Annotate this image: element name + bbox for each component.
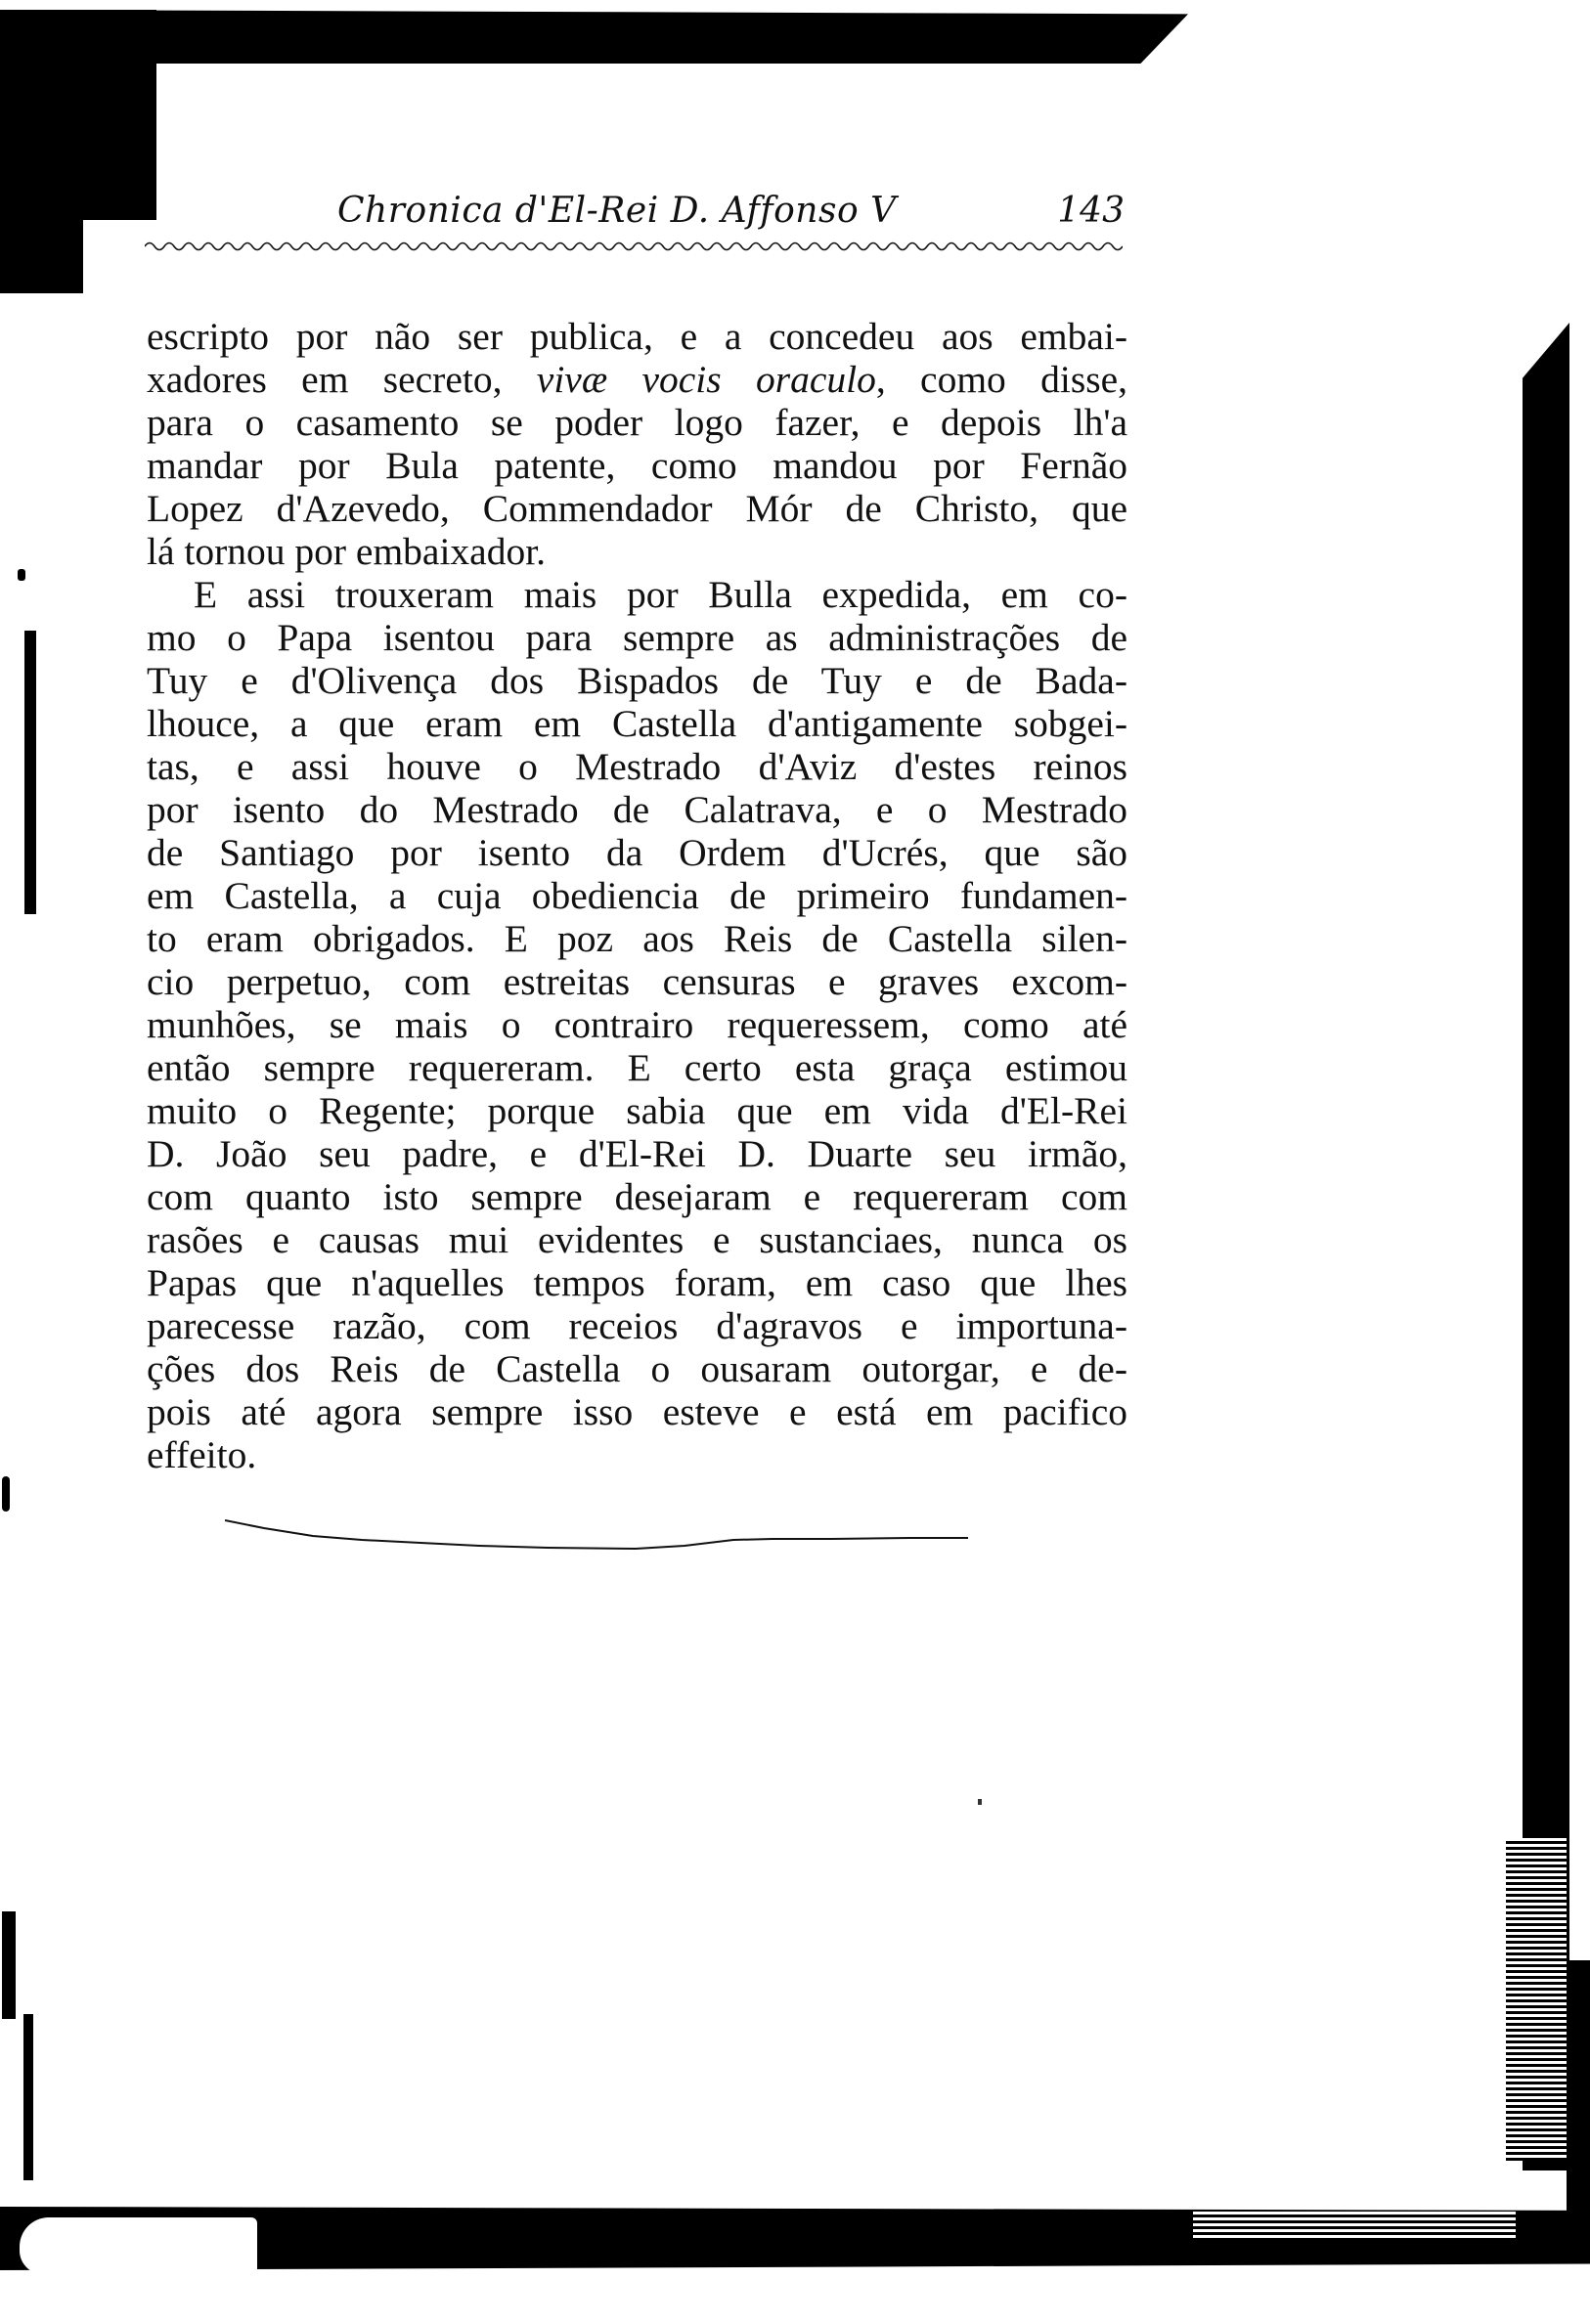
text-line: E assi trouxeram mais por Bulla expedida… bbox=[147, 573, 1127, 616]
text-span: em Castella, a cuja obediencia de primei… bbox=[147, 874, 1127, 917]
text-line: D. João seu padre, e d'El-Rei D. Duarte … bbox=[147, 1132, 1127, 1175]
text-line: ções dos Reis de Castella o ousaram outo… bbox=[147, 1347, 1127, 1390]
running-head: Chronica d'El-Rei D. Affonso V 143 bbox=[337, 191, 1125, 240]
text-span: muito o Regente; porque sabia que em vid… bbox=[147, 1089, 1127, 1132]
text-span: lhouce, a que eram em Castella d'antigam… bbox=[147, 702, 1127, 745]
text-line: de Santiago por isento da Ordem d'Ucrés,… bbox=[147, 831, 1127, 874]
text-line: para o casamento se poder logo fazer, e … bbox=[147, 401, 1127, 444]
text-span: rasões e causas mui evidentes e sustanci… bbox=[147, 1218, 1127, 1261]
text-span: xadores em secreto, bbox=[147, 358, 537, 401]
text-span: D. João seu padre, e d'El-Rei D. Duarte … bbox=[147, 1132, 1127, 1175]
text-line: munhões, se mais o contrairo requeressem… bbox=[147, 1003, 1127, 1046]
text-span: parecesse razão, com receios d'agravos e… bbox=[147, 1304, 1127, 1347]
scan-border-top-left bbox=[0, 10, 156, 220]
latin-phrase-italic: vivæ vocis oraculo bbox=[537, 358, 876, 401]
text-line: então sempre requereram. E certo esta gr… bbox=[147, 1046, 1127, 1089]
end-rule bbox=[225, 1511, 968, 1550]
scan-border-left-lower bbox=[2, 1911, 16, 2019]
text-line: lá tornou por embaixador. bbox=[147, 530, 1127, 573]
text-line: to eram obrigados. E poz aos Reis de Cas… bbox=[147, 917, 1127, 960]
text-span: tas, e assi houve o Mestrado d'Aviz d'es… bbox=[147, 745, 1127, 788]
wavy-rule-ornament bbox=[145, 238, 1123, 251]
text-line: mandar por Bula patente, como mandou por… bbox=[147, 444, 1127, 487]
scan-border-left bbox=[24, 631, 36, 914]
scan-border-top bbox=[0, 10, 1188, 64]
text-span: E assi trouxeram mais por Bulla expedida… bbox=[194, 573, 1127, 616]
scan-border-right-hatch bbox=[1506, 1838, 1567, 2161]
text-span: para o casamento se poder logo fazer, e … bbox=[147, 401, 1127, 444]
scan-border-bottom-hatch bbox=[1193, 2212, 1516, 2241]
scan-speck bbox=[978, 1799, 982, 1805]
text-line: tas, e assi houve o Mestrado d'Aviz d'es… bbox=[147, 745, 1127, 788]
text-span: então sempre requereram. E certo esta gr… bbox=[147, 1046, 1127, 1089]
text-span: to eram obrigados. E poz aos Reis de Cas… bbox=[147, 917, 1127, 960]
body-text: escripto por não ser publica, e a conced… bbox=[147, 315, 1127, 1476]
text-line: com quanto isto sempre desejaram e reque… bbox=[147, 1175, 1127, 1218]
text-span: escripto por não ser publica, e a conced… bbox=[147, 315, 1127, 358]
text-span: de Santiago por isento da Ordem d'Ucrés,… bbox=[147, 831, 1127, 874]
scan-border-left-bottom bbox=[23, 2014, 33, 2180]
text-span: cio perpetuo, com estreitas censuras e g… bbox=[147, 960, 1127, 1003]
scan-mark-left-2 bbox=[2, 1476, 10, 1512]
text-line: muito o Regente; porque sabia que em vid… bbox=[147, 1089, 1127, 1132]
scan-border-right-tail bbox=[1567, 1960, 1590, 2224]
text-line: Lopez d'Azevedo, Commendador Mór de Chri… bbox=[147, 487, 1127, 530]
text-span: munhões, se mais o contrairo requeressem… bbox=[147, 1003, 1127, 1046]
text-span: Tuy e d'Olivença dos Bispados de Tuy e d… bbox=[147, 659, 1127, 702]
text-line: escripto por não ser publica, e a conced… bbox=[147, 315, 1127, 358]
text-line: por isento do Mestrado de Calatrava, e o… bbox=[147, 788, 1127, 831]
scan-mark-left bbox=[18, 569, 25, 581]
paragraph-2: E assi trouxeram mais por Bulla expedida… bbox=[147, 573, 1127, 1476]
text-span: por isento do Mestrado de Calatrava, e o… bbox=[147, 788, 1127, 831]
text-line: parecesse razão, com receios d'agravos e… bbox=[147, 1304, 1127, 1347]
text-line: lhouce, a que eram em Castella d'antigam… bbox=[147, 702, 1127, 745]
text-span: ções dos Reis de Castella o ousaram outo… bbox=[147, 1347, 1127, 1390]
text-span: mandar por Bula patente, como mandou por… bbox=[147, 444, 1127, 487]
scanned-book-page: Chronica d'El-Rei D. Affonso V 143 escri… bbox=[0, 0, 1590, 2324]
text-span: lá tornou por embaixador. bbox=[147, 530, 546, 573]
paragraph-1: escripto por não ser publica, e a conced… bbox=[147, 315, 1127, 573]
text-line: rasões e causas mui evidentes e sustanci… bbox=[147, 1218, 1127, 1261]
scan-border-top-left-step bbox=[0, 210, 83, 293]
scan-border-bottom-gap bbox=[20, 2217, 257, 2274]
text-line: Papas que n'aquelles tempos foram, em ca… bbox=[147, 1261, 1127, 1304]
text-line: cio perpetuo, com estreitas censuras e g… bbox=[147, 960, 1127, 1003]
text-line: mo o Papa isentou para sempre as adminis… bbox=[147, 616, 1127, 659]
text-line: effeito. bbox=[147, 1433, 1127, 1476]
page-number: 143 bbox=[1057, 191, 1125, 231]
text-span: Lopez d'Azevedo, Commendador Mór de Chri… bbox=[147, 487, 1127, 530]
text-line: em Castella, a cuja obediencia de primei… bbox=[147, 874, 1127, 917]
text-span: , como disse, bbox=[876, 358, 1127, 401]
text-line: Tuy e d'Olivença dos Bispados de Tuy e d… bbox=[147, 659, 1127, 702]
text-span: Papas que n'aquelles tempos foram, em ca… bbox=[147, 1261, 1127, 1304]
text-span: effeito. bbox=[147, 1433, 256, 1476]
text-span: pois até agora sempre isso esteve e está… bbox=[147, 1390, 1127, 1433]
text-span: mo o Papa isentou para sempre as adminis… bbox=[147, 616, 1127, 659]
text-span: com quanto isto sempre desejaram e reque… bbox=[147, 1175, 1127, 1218]
running-head-title: Chronica d'El-Rei D. Affonso V bbox=[337, 191, 897, 231]
text-line: xadores em secreto, vivæ vocis oraculo, … bbox=[147, 358, 1127, 401]
text-line: pois até agora sempre isso esteve e está… bbox=[147, 1390, 1127, 1433]
